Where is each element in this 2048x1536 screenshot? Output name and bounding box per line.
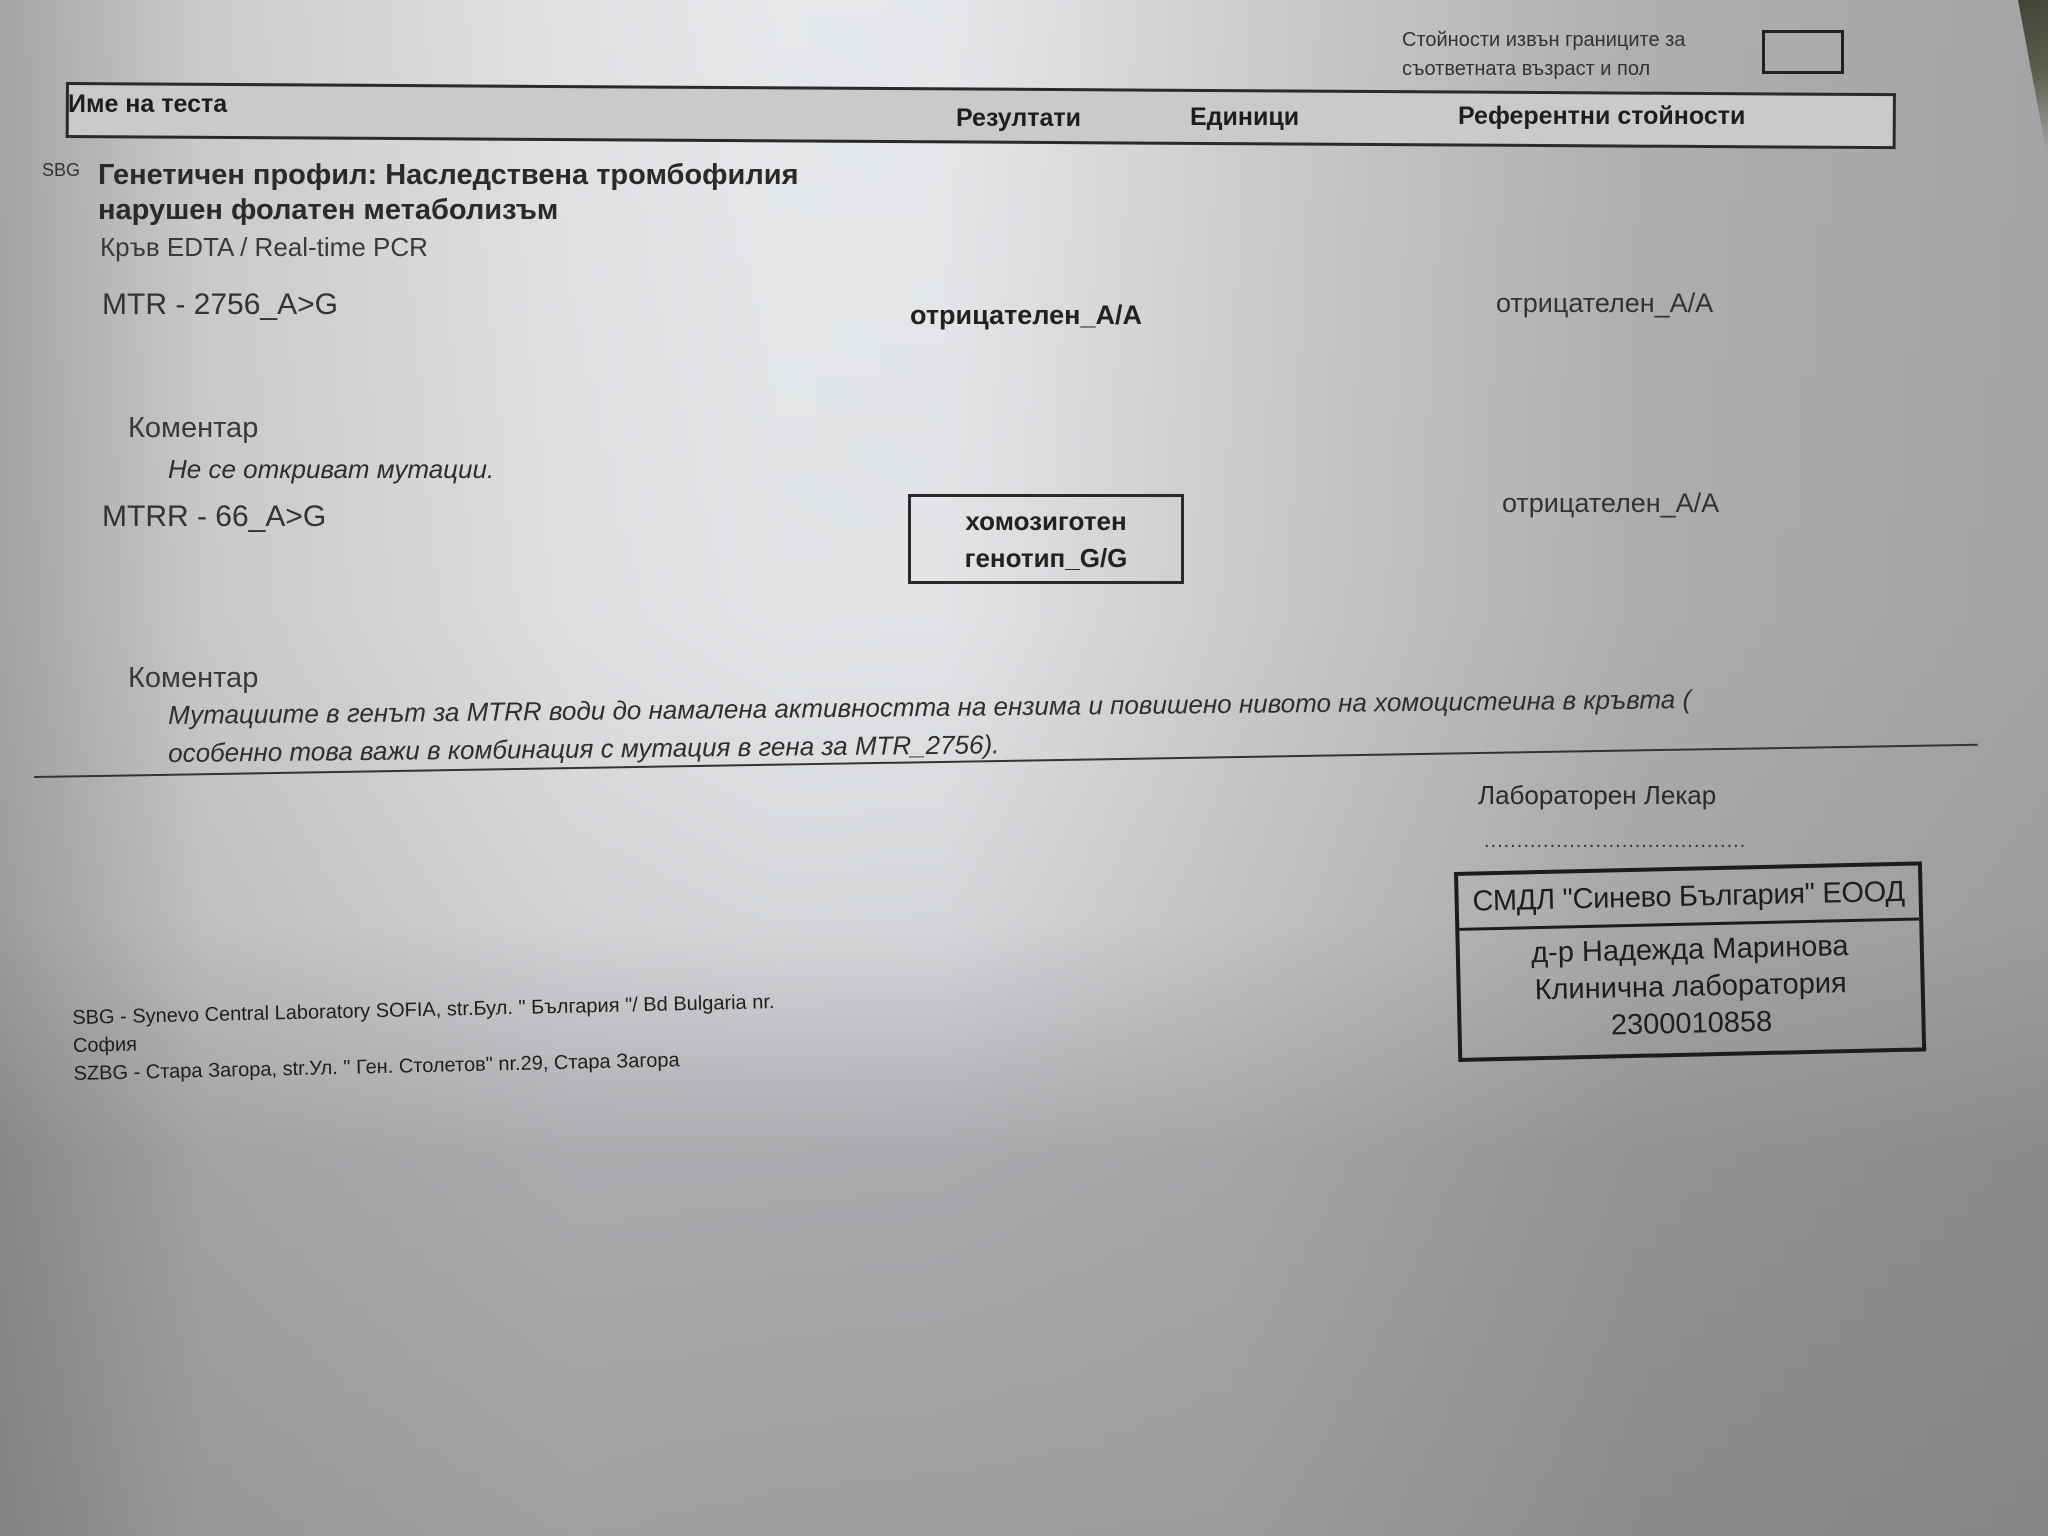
test-reference-mtrr: отрицателен_A/A — [1502, 488, 1719, 519]
signature-line: ........................................ — [1484, 830, 1746, 853]
comment-label-mtrr: Коментар — [128, 662, 258, 695]
footer-addresses: SBG - Synevo Central Laboratory SOFIA, s… — [72, 988, 776, 1088]
profile-title-line-1: Генетичен профил: Наследствена тромбофил… — [98, 158, 799, 193]
test-reference-mtr: отрицателен_A/A — [1496, 288, 1713, 319]
column-header-units: Единици — [1190, 103, 1299, 132]
profile-title: Генетичен профил: Наследствена тромбофил… — [98, 158, 799, 228]
test-result-mtr: отрицателен_A/A — [910, 300, 1142, 331]
sample-method: Кръв EDTA / Real-time PCR — [100, 232, 428, 263]
lab-code: SBG — [42, 160, 80, 181]
column-header-results: Резултати — [956, 104, 1081, 133]
test-result-mtrr-line-1: хомозиготен — [911, 503, 1181, 540]
flagged-result-box-mtrr: хомозиготен генотип_G/G — [908, 494, 1184, 584]
out-of-range-legend-text: Стойности извън границите за съответната… — [1402, 26, 1685, 84]
test-name-mtr: MTR - 2756_A>G — [102, 288, 338, 322]
legend-line-2: съответната възраст и пол — [1402, 55, 1685, 84]
out-of-range-legend-box — [1762, 30, 1844, 74]
signature-label: Лабораторен Лекар — [1478, 780, 1716, 811]
test-name-mtrr: MTRR - 66_A>G — [102, 500, 326, 534]
comment-text-mtr: Не се откриват мутации. — [168, 454, 494, 485]
doctor-stamp: СМДЛ "Синево България" ЕООД д-р Надежда … — [1454, 861, 1926, 1062]
legend-line-1: Стойности извън границите за — [1402, 26, 1685, 55]
lab-report-page — [0, 0, 2048, 1536]
comment-label-mtr: Коментар — [128, 412, 258, 445]
column-header-test-name: Име на теста — [68, 90, 227, 119]
stamp-organization: СМДЛ "Синево България" ЕООД — [1458, 865, 1919, 930]
test-result-mtrr-line-2: генотип_G/G — [911, 540, 1181, 577]
column-header-reference: Референтни стойности — [1458, 102, 1745, 131]
profile-title-line-2: нарушен фолатен метаболизъм — [98, 193, 799, 228]
